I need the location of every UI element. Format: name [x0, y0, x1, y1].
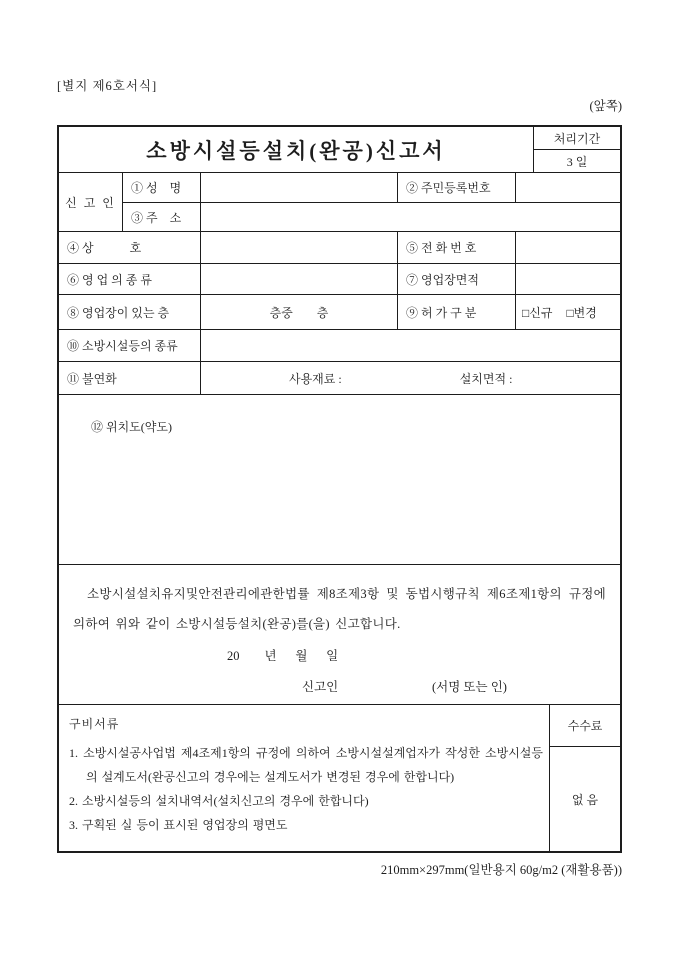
- form-title: 소방시설등설치(완공)신고서: [59, 127, 533, 172]
- document-item: 2. 소방시설등의 설치내역서(설치신고의 경우에 한합니다): [69, 789, 543, 813]
- declaration-section: 소방시설설치유지및안전관리에관한법률 제8조제3항 및 동법시행규칙 제6조제1…: [59, 565, 620, 704]
- facility-type-row: ⑩ 소방시설등의 종류: [59, 329, 620, 361]
- fireproofing-row: ⑪ 불연화 사용재료 : 설치면적 :: [59, 361, 620, 394]
- material-used-label: 사용재료 :: [289, 370, 342, 387]
- trade-name-field[interactable]: [200, 232, 397, 263]
- declaration-row: 소방시설설치유지및안전관리에관한법률 제8조제3항 및 동법시행규칙 제6조제1…: [59, 564, 620, 704]
- form-table: 소방시설등설치(완공)신고서 처리기간 3 일 신 고 인 ① 성 명 ② 주민…: [57, 125, 622, 853]
- name-field[interactable]: [200, 173, 397, 202]
- business-type-label: ⑥ 영 업 의 종 류: [59, 264, 200, 294]
- required-documents-row: 구비서류 1. 소방시설공사업법 제4조제1항의 규정에 의하여 소방시설설계업…: [59, 704, 620, 851]
- installed-area-label: 설치면적 :: [460, 370, 513, 387]
- business-type-row: ⑥ 영 업 의 종 류 ⑦ 영업장면적: [59, 263, 620, 294]
- name-label: ① 성 명: [123, 173, 200, 202]
- processing-period-label: 처리기간: [534, 127, 620, 149]
- address-field[interactable]: [200, 203, 620, 231]
- name-row: ① 성 명 ② 주민등록번호: [123, 173, 620, 202]
- document-item: 3. 구획된 실 등이 표시된 영업장의 평면도: [69, 813, 543, 837]
- required-documents-label: 구비서류: [69, 715, 543, 733]
- checkbox-new[interactable]: □신규: [522, 304, 552, 321]
- form-page: [별지 제6호서식] (앞쪽) 소방시설등설치(완공)신고서 처리기간 3 일 …: [0, 0, 680, 962]
- title-row: 소방시설등설치(완공)신고서 처리기간 3 일: [59, 127, 620, 172]
- permit-type-label: ⑨ 허 가 구 분: [397, 295, 515, 329]
- page-side-note: (앞쪽): [590, 96, 622, 114]
- floor-label: ⑧ 영업장이 있는 층: [59, 295, 200, 329]
- fee-box: 수수료 없 음: [549, 705, 620, 851]
- location-map-row: ⑫ 위치도(약도): [59, 394, 620, 564]
- fireproofing-field[interactable]: 사용재료 : 설치면적 :: [200, 362, 620, 394]
- premises-area-field[interactable]: [515, 264, 620, 294]
- applicant-fields: ① 성 명 ② 주민등록번호 ③ 주 소: [122, 173, 620, 231]
- paper-spec-note: 210mm×297mm(일반용지 60g/m2 (재활용품)): [381, 860, 622, 878]
- facility-type-label: ⑩ 소방시설등의 종류: [59, 330, 200, 361]
- business-type-field[interactable]: [200, 264, 397, 294]
- checkbox-change[interactable]: □변경: [566, 304, 596, 321]
- declaration-text: 소방시설설치유지및안전관리에관한법률 제8조제3항 및 동법시행규칙 제6조제1…: [73, 579, 606, 639]
- document-item: 1. 소방시설공사업법 제4조제1항의 규정에 의하여 소방시설설계업자가 작성…: [69, 741, 543, 789]
- declaration-signer-line[interactable]: 신고인 (서명 또는 인): [302, 677, 606, 695]
- form-reference: [별지 제6호서식]: [57, 76, 157, 94]
- floor-field[interactable]: 층중 층: [200, 295, 397, 329]
- premises-area-label: ⑦ 영업장면적: [397, 264, 515, 294]
- declaration-date-line[interactable]: 20 년 월 일: [227, 646, 606, 664]
- address-row: ③ 주 소: [123, 202, 620, 231]
- address-label: ③ 주 소: [123, 203, 200, 231]
- required-documents-section: 구비서류 1. 소방시설공사업법 제4조제1항의 규정에 의하여 소방시설설계업…: [59, 705, 549, 851]
- fireproofing-label: ⑪ 불연화: [59, 362, 200, 394]
- phone-field[interactable]: [515, 232, 620, 263]
- processing-period-value: 3 일: [534, 149, 620, 172]
- fee-value: 없 음: [550, 746, 620, 851]
- permit-type-options: □신규 □변경: [515, 295, 620, 329]
- processing-period-box: 처리기간 3 일: [533, 127, 620, 172]
- trade-name-row: ④ 상 호 ⑤ 전 화 번 호: [59, 231, 620, 263]
- location-map-label: ⑫ 위치도(약도): [91, 420, 172, 434]
- applicant-rows: 신 고 인 ① 성 명 ② 주민등록번호 ③ 주 소: [59, 172, 620, 231]
- facility-type-field[interactable]: [200, 330, 620, 361]
- fee-label: 수수료: [550, 705, 620, 746]
- applicant-group-label: 신 고 인: [59, 173, 122, 231]
- location-map-area[interactable]: ⑫ 위치도(약도): [59, 395, 620, 564]
- trade-name-label: ④ 상 호: [59, 232, 200, 263]
- phone-label: ⑤ 전 화 번 호: [397, 232, 515, 263]
- resident-no-field[interactable]: [515, 173, 620, 202]
- floor-permit-row: ⑧ 영업장이 있는 층 층중 층 ⑨ 허 가 구 분 □신규 □변경: [59, 294, 620, 329]
- resident-no-label: ② 주민등록번호: [397, 173, 515, 202]
